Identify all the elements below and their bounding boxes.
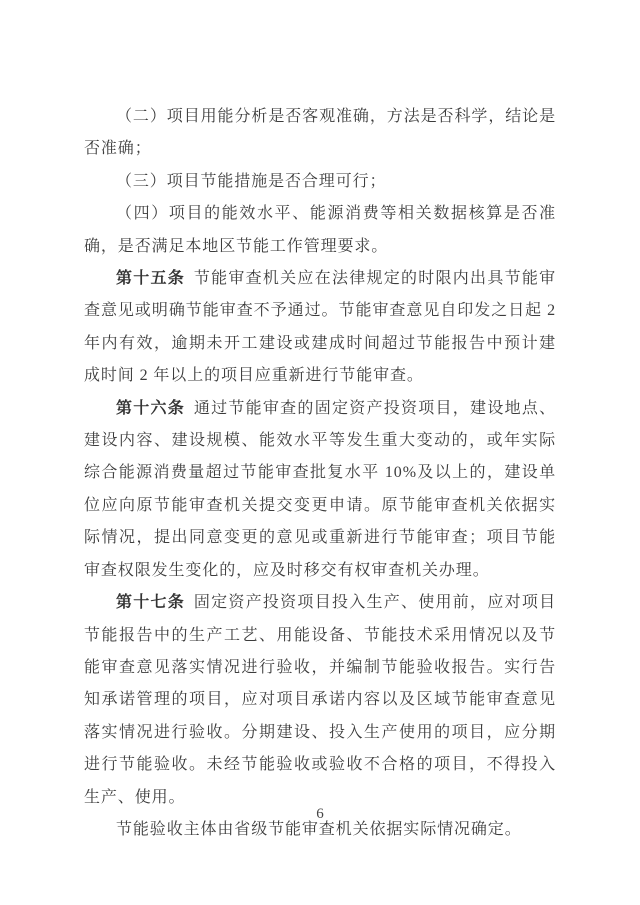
paragraph-text: （二）项目用能分析是否客观准确，方法是否科学，结论是否准确； [84, 108, 556, 157]
paragraph-text: （四）项目的能效水平、能源消费等相关数据核算是否准确，是否满足本地区节能工作管理… [84, 205, 556, 254]
paragraph-text: 节能审查机关应在法律规定的时限内出具节能审查意见或明确节能审查不予通过。节能审查… [84, 270, 556, 384]
article-number-label: 第十六条 [116, 400, 185, 417]
paragraph-article-16: 第十六条通过节能审查的固定资产投资项目，建设地点、建设内容、建设规模、能效水平等… [84, 393, 556, 587]
paragraph-article-17: 第十七条固定资产投资项目投入生产、使用前，应对项目节能报告中的生产工艺、用能设备… [84, 587, 556, 814]
paragraph-text: 通过节能审查的固定资产投资项目，建设地点、建设内容、建设规模、能效水平等发生重大… [84, 400, 556, 579]
page-number: 6 [0, 806, 640, 823]
article-number-label: 第十五条 [116, 270, 185, 287]
paragraph-text: （三）项目节能措施是否合理可行； [116, 173, 386, 190]
document-page: （二）项目用能分析是否客观准确，方法是否科学，结论是否准确； （三）项目节能措施… [0, 0, 640, 905]
paragraph-text: 固定资产投资项目投入生产、使用前，应对项目节能报告中的生产工艺、用能设备、节能技… [84, 594, 556, 805]
document-body: （二）项目用能分析是否客观准确，方法是否科学，结论是否准确； （三）项目节能措施… [84, 101, 556, 846]
paragraph-text: 节能验收主体由省级节能审查机关依据实际情况确定。 [116, 821, 522, 838]
paragraph-item-4: （四）项目的能效水平、能源消费等相关数据核算是否准确，是否满足本地区节能工作管理… [84, 198, 556, 263]
article-number-label: 第十七条 [116, 594, 185, 611]
paragraph-item-3: （三）项目节能措施是否合理可行； [84, 166, 556, 198]
paragraph-article-15: 第十五条节能审查机关应在法律规定的时限内出具节能审查意见或明确节能审查不予通过。… [84, 263, 556, 393]
paragraph-item-2: （二）项目用能分析是否客观准确，方法是否科学，结论是否准确； [84, 101, 556, 166]
